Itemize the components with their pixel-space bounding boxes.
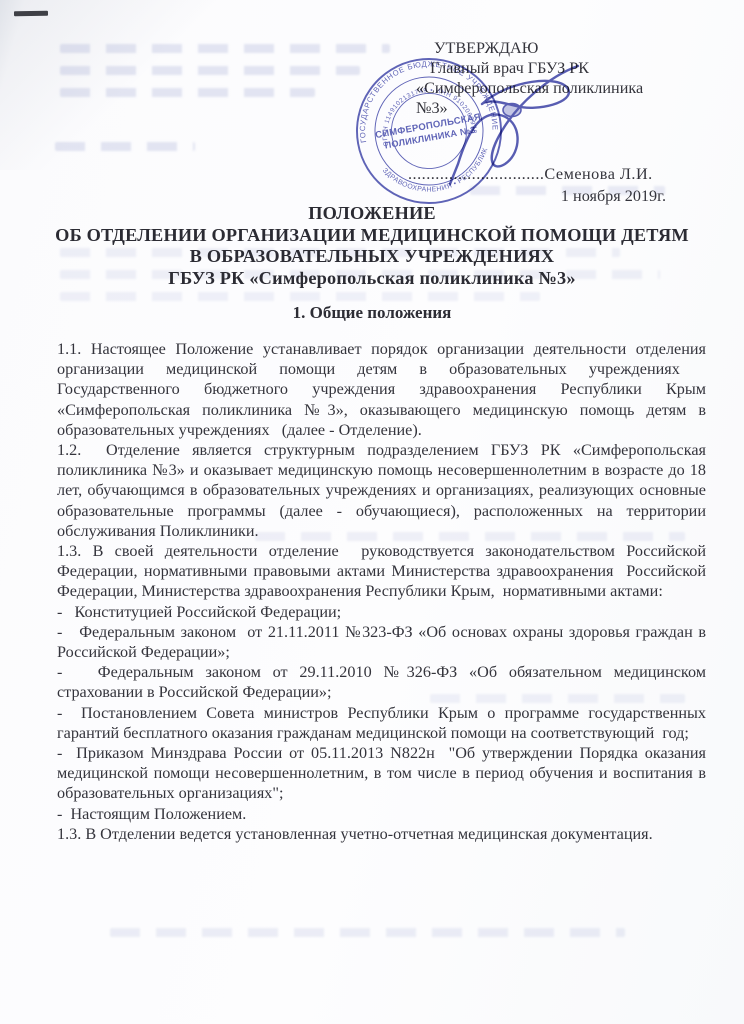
list-item-law-323: - Федеральным законом от 21.11.2011 №323… <box>57 622 706 662</box>
title-line1: ПОЛОЖЕНИЕ <box>0 203 744 225</box>
list-item-constitution: - Конституцией Российской Федерации; <box>57 602 706 622</box>
paragraph-1-3-intro: 1.3. В своей деятельности отделение руко… <box>57 541 706 602</box>
section-heading: 1. Общие положения <box>0 303 744 323</box>
bleed-through-line <box>110 928 625 937</box>
list-item-this-regulation: - Настоящим Положением. <box>57 804 706 824</box>
title-line2: ОБ ОТДЕЛЕНИИ ОРГАНИЗАЦИИ МЕДИЦИНСКОЙ ПОМ… <box>0 225 744 247</box>
paragraph-1-3-records: 1.3. В Отделении ведется установленная у… <box>57 824 706 844</box>
scanned-document-page: УТВЕРЖДАЮ Главный врач ГБУЗ РК «Симфероп… <box>0 0 744 1024</box>
document-title: ПОЛОЖЕНИЕ ОБ ОТДЕЛЕНИИ ОРГАНИЗАЦИИ МЕДИЦ… <box>0 203 744 289</box>
list-item-order-822: - Приказом Минздрава России от 05.11.201… <box>57 743 706 804</box>
approval-role: Главный врач ГБУЗ РК <box>408 58 670 78</box>
bleed-through-line <box>60 292 540 301</box>
approval-signature-line: ..............................Семенова Л… <box>408 164 670 184</box>
document-body: 1.1. Настоящее Положение устанавливает п… <box>57 339 706 844</box>
bleed-through-line <box>60 44 390 53</box>
approval-block: УТВЕРЖДАЮ Главный врач ГБУЗ РК «Симфероп… <box>408 38 670 206</box>
paragraph-1-1: 1.1. Настоящее Положение устанавливает п… <box>57 339 706 440</box>
paragraph-1-2: 1.2. Отделение является структурным подр… <box>57 440 706 541</box>
approval-organization: «Симферопольская поликлиника №3» <box>408 78 670 118</box>
list-item-decree: - Постановлением Совета министров Респуб… <box>57 703 706 743</box>
page-fold-shadow <box>0 0 230 170</box>
bleed-through-line <box>55 142 195 151</box>
list-item-law-326: - Федеральным законом от 29.11.2010 №326… <box>57 662 706 702</box>
scan-corner-mark <box>14 11 48 17</box>
bleed-through-line <box>60 66 360 75</box>
title-line4: ГБУЗ РК «Симферопольская поликлиника №3» <box>0 268 744 290</box>
bleed-through-line <box>60 88 315 97</box>
approval-affirm-label: УТВЕРЖДАЮ <box>408 38 670 58</box>
title-line3: В ОБРАЗОВАТЕЛЬНЫХ УЧРЕЖДЕНИЯХ <box>0 246 744 268</box>
